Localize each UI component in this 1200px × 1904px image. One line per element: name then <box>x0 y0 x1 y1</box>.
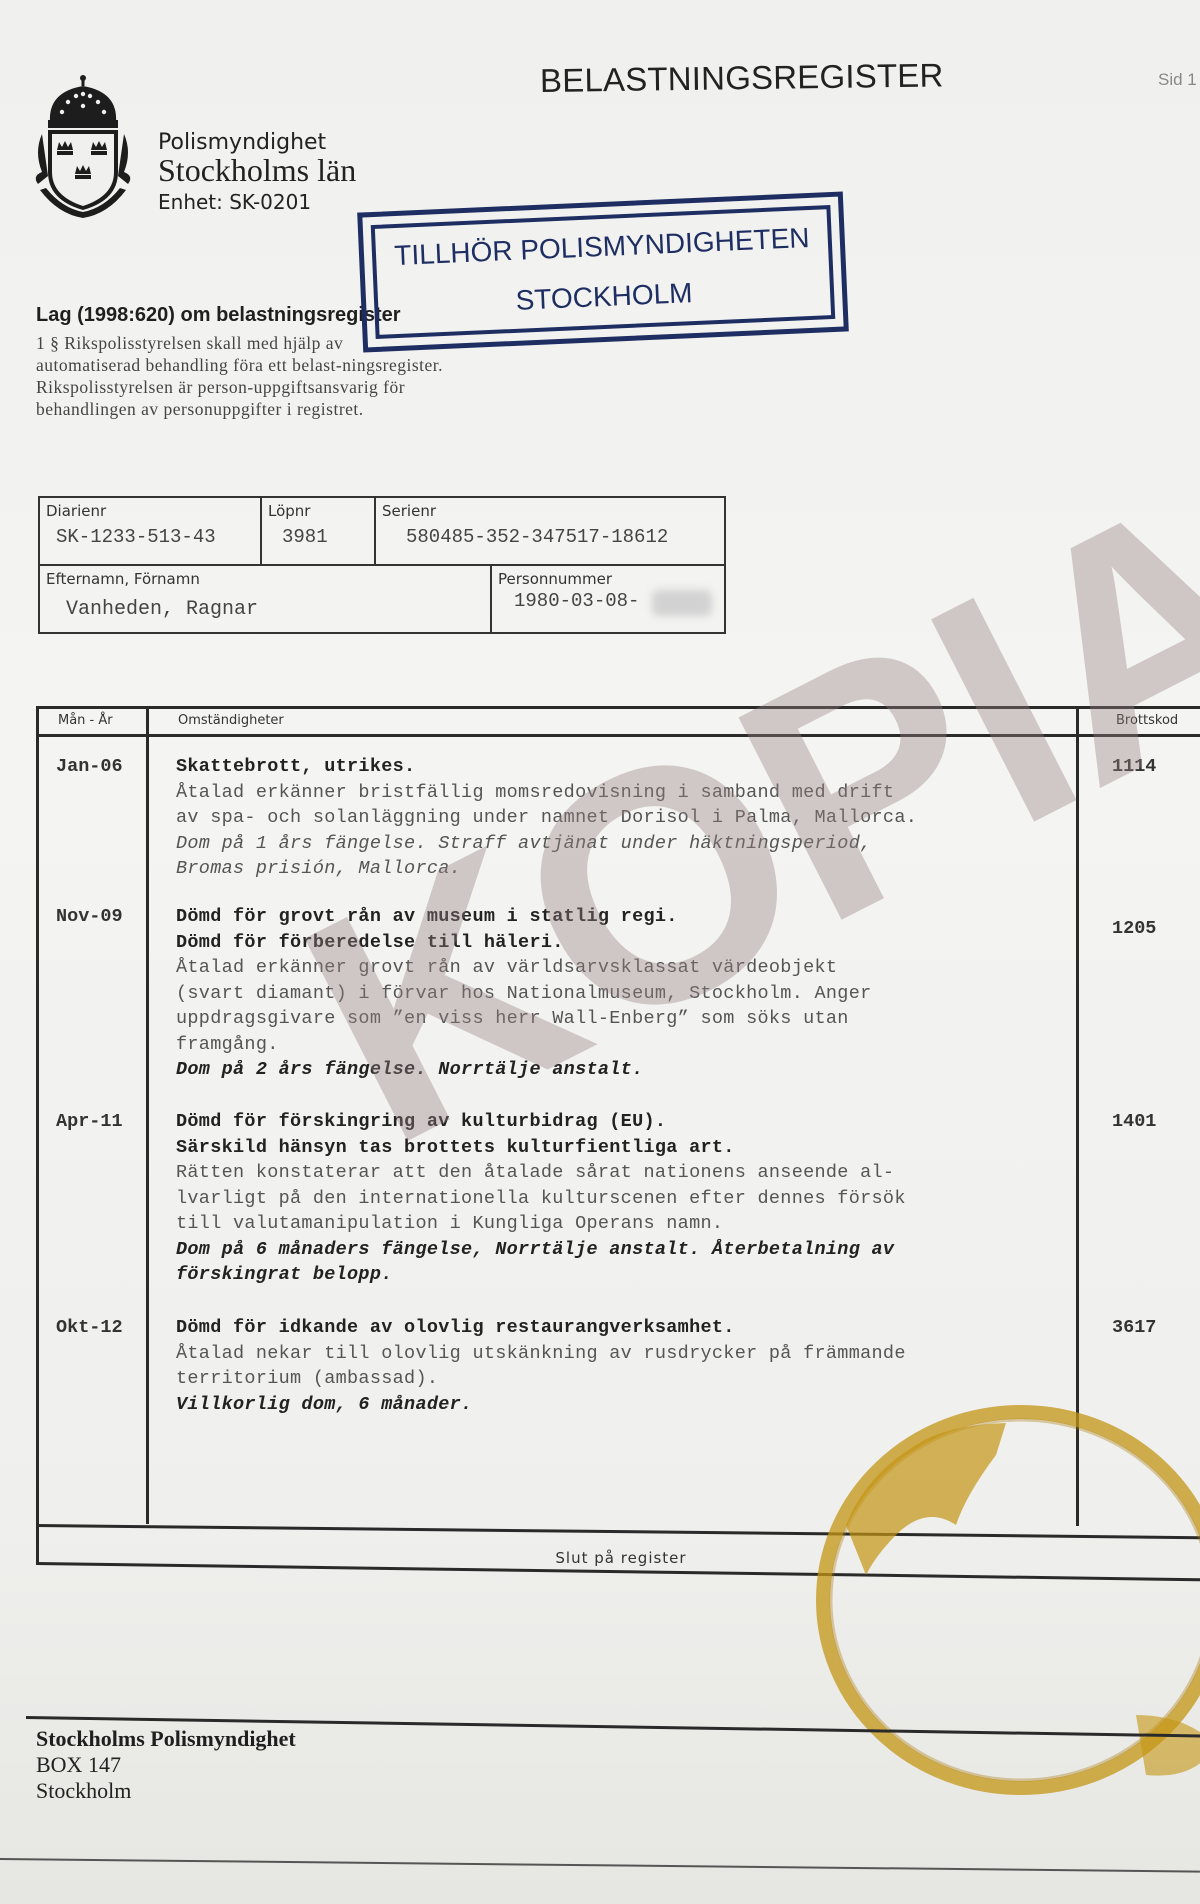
column-header-code: Brottskod <box>1116 713 1178 728</box>
entry-line: Dom på 1 års fängelse. Straff avtjänat u… <box>176 831 1106 857</box>
page-edge <box>0 1858 1200 1873</box>
entry-crime-code: 1205 <box>1112 918 1156 939</box>
name-value: Vanheden, Ragnar <box>66 598 258 621</box>
serienr-label: Serienr <box>382 502 436 520</box>
date-column-rule <box>146 706 149 1524</box>
entry-line: till valutamanipulation i Kungliga Opera… <box>176 1211 1106 1237</box>
header-rule <box>36 734 1200 737</box>
entry-line: lvarligt på den internationella kultursc… <box>176 1186 1106 1212</box>
document-title: BELASTNINGSREGISTER <box>540 56 944 100</box>
entry-line: Dömd för grovt rån av museum i statlig r… <box>176 904 1106 930</box>
entry-date: Apr-11 <box>56 1111 123 1132</box>
entry-description: Skattebrott, utrikes.Åtalad erkänner bri… <box>176 754 1106 882</box>
entry-line: Dom på 2 års fängelse. Norrtälje anstalt… <box>176 1057 1106 1083</box>
entry-line: Dömd för förskingring av kulturbidrag (E… <box>176 1109 1106 1135</box>
table-left-rule <box>36 706 39 1564</box>
entry-line: Åtalad erkänner grovt rån av världsarvsk… <box>176 955 1106 981</box>
entry-line: framgång. <box>176 1032 1106 1058</box>
register-table: Mån - År Omständigheter Brottskod Jan-06… <box>36 706 1200 1564</box>
identity-table: Diarienr SK-1233-513-43 Löpnr 3981 Serie… <box>38 496 726 634</box>
column-header-date: Mån - År <box>58 713 113 728</box>
redacted-digits <box>652 590 712 616</box>
personnummer-value: 1980-03-08- <box>514 590 639 612</box>
agency-region: Stockholms län <box>158 152 356 189</box>
ownership-stamp: TILLHÖR POLISMYNDIGHETEN STOCKHOLM <box>357 191 849 352</box>
entry-line: uppdragsgivare som ”en viss herr Wall-En… <box>176 1006 1106 1032</box>
name-cell: Efternamn, Förnamn Vanheden, Ragnar <box>40 566 492 632</box>
table-top-rule <box>36 706 1200 709</box>
law-title: Lag (1998:620) om belastningsregister <box>36 304 401 327</box>
lopnr-value: 3981 <box>282 526 328 548</box>
entry-line: Dömd för förberedelse till häleri. <box>176 930 1106 956</box>
entry-line: territorium (ambassad). <box>176 1366 1106 1392</box>
entry-line: Skattebrott, utrikes. <box>176 754 1106 780</box>
entry-line: Dom på 6 månaders fängelse, Norrtälje an… <box>176 1237 1106 1263</box>
police-crest-icon <box>28 72 138 220</box>
entry-crime-code: 1114 <box>1112 756 1156 777</box>
entry-crime-code: 3617 <box>1112 1317 1156 1338</box>
entry-date: Jan-06 <box>56 756 123 777</box>
end-of-register-label: Slut på register <box>36 1549 1200 1567</box>
lopnr-label: Löpnr <box>268 502 310 520</box>
entry-line: Rätten konstaterar att den åtalade sårat… <box>176 1160 1106 1186</box>
entry-line: Dömd för idkande av olovlig restaurangve… <box>176 1315 1106 1341</box>
lopnr-cell: Löpnr 3981 <box>262 498 376 566</box>
serienr-value: 580485-352-347517-18612 <box>406 526 668 548</box>
entry-line: (svart diamant) i förvar hos Nationalmus… <box>176 981 1106 1007</box>
table-body-bottom-rule <box>36 1524 1200 1539</box>
entry-line: Villkorlig dom, 6 månader. <box>176 1392 1106 1418</box>
entry-line: Åtalad nekar till olovlig utskänkning av… <box>176 1341 1106 1367</box>
entry-crime-code: 1401 <box>1112 1111 1156 1132</box>
entry-date: Okt-12 <box>56 1317 123 1338</box>
footer-city: Stockholm <box>36 1778 131 1804</box>
entry-line: av spa- och solanläggning under namnet D… <box>176 805 1106 831</box>
entry-description: Dömd för grovt rån av museum i statlig r… <box>176 904 1106 1083</box>
footer-organization: Stockholms Polismyndighet <box>36 1726 296 1752</box>
entry-date: Nov-09 <box>56 906 123 927</box>
name-label: Efternamn, Förnamn <box>46 570 200 588</box>
entry-line: Särskild hänsyn tas brottets kulturfient… <box>176 1135 1106 1161</box>
entry-description: Dömd för förskingring av kulturbidrag (E… <box>176 1109 1106 1288</box>
diarienr-label: Diarienr <box>46 502 106 520</box>
page-number: Sid 1 <box>1158 70 1197 90</box>
personnummer-label: Personnummer <box>498 570 612 588</box>
diarienr-cell: Diarienr SK-1233-513-43 <box>40 498 262 566</box>
entry-line: Bromas prisión, Mallorca. <box>176 856 1106 882</box>
unit-id: Enhet: SK-0201 <box>158 190 311 214</box>
entry-line: Åtalad erkänner bristfällig momsredovisn… <box>176 780 1106 806</box>
entry-line: förskingrat belopp. <box>176 1262 1106 1288</box>
entry-description: Dömd för idkande av olovlig restaurangve… <box>176 1315 1106 1417</box>
personnummer-cell: Personnummer 1980-03-08- <box>492 566 726 632</box>
diarienr-value: SK-1233-513-43 <box>56 526 216 548</box>
column-header-circumstances: Omständigheter <box>178 713 284 728</box>
footer-address: BOX 147 <box>36 1752 121 1778</box>
serienr-cell: Serienr 580485-352-347517-18612 <box>376 498 726 566</box>
